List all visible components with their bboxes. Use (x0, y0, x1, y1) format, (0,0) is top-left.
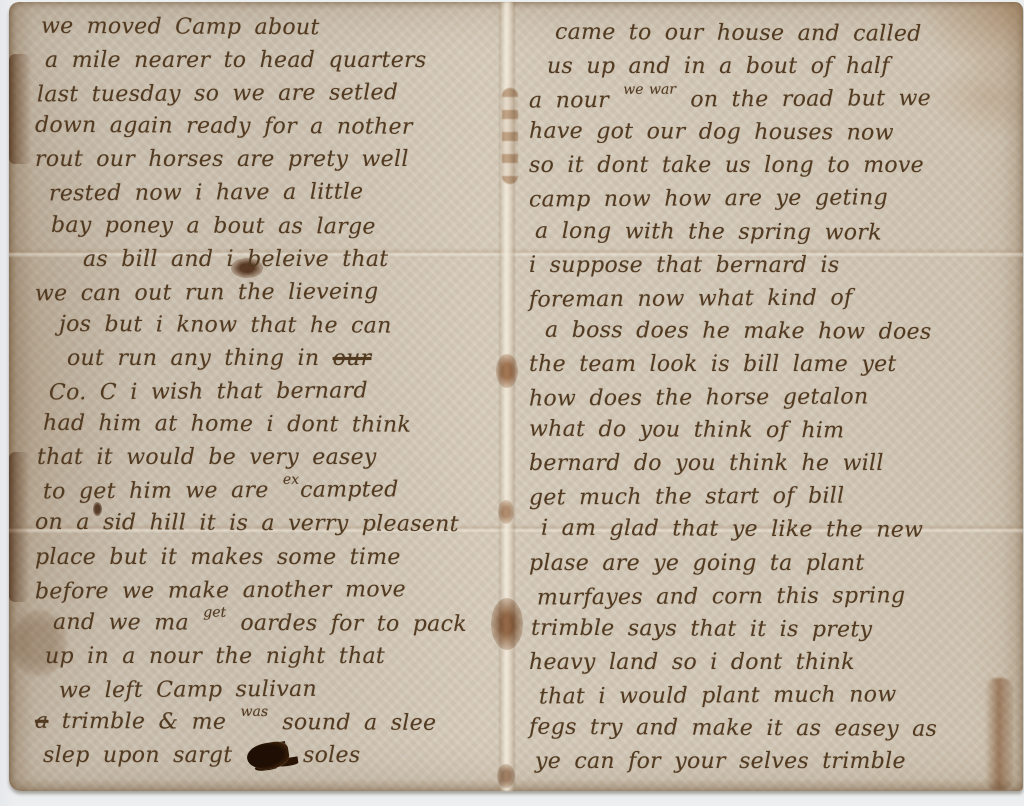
handwritten-line: murfayes and corn this spring (537, 582, 1021, 618)
struck-word: a (35, 709, 49, 734)
page-left: we moved Camp abouta mile nearer to head… (35, 2, 501, 791)
handwritten-line: i am glad that ye like the new (541, 516, 1021, 552)
text-segment: to get him we are (43, 478, 282, 504)
handwritten-line: jos but i know that he can (59, 312, 501, 347)
center-fold-crease (499, 2, 515, 791)
text-segment: and we ma (53, 610, 202, 636)
text-segment: jos but i know that he can (59, 312, 392, 339)
text-segment: as bill and i beleive that (83, 247, 388, 272)
handwritten-line: i suppose that bernard is (529, 253, 1021, 286)
text-segment: a long with the spring work (535, 218, 882, 245)
text-segment: what do you think of him (529, 417, 844, 444)
text-segment: fegs try and make it as easey as (529, 715, 937, 742)
handwritten-line: fegs try and make it as easey as (529, 715, 1021, 751)
text-segment: down again ready for a nother (35, 113, 413, 140)
text-segment: a mile nearer to head quarters (45, 48, 426, 73)
stain (9, 54, 31, 164)
text-segment: murfayes and corn this spring (537, 583, 906, 610)
handwritten-line: a mile nearer to head quarters (45, 48, 501, 81)
inserted-word: we war (623, 82, 676, 98)
text-segment: campted (300, 478, 399, 504)
text-segment: slep upon sargt (43, 743, 246, 768)
ink-blot (245, 740, 291, 772)
handwritten-line: how does the horse getalon (529, 384, 1021, 420)
text-segment: i am glad that ye like the new (541, 516, 923, 543)
handwritten-line: a nour we war on the road but we (529, 86, 1021, 122)
struck-word: our (333, 346, 372, 371)
text-segment: have got our dog houses now (529, 119, 894, 146)
text-segment: a boss does he make how does (545, 318, 932, 345)
handwritten-line: a trimble & me was sound a slee (35, 709, 501, 745)
page-right-lines: came to our house and calledus up and in… (529, 2, 1021, 782)
handwritten-line: came to our house and called (555, 20, 1021, 56)
handwritten-line: rested now i have a little (49, 179, 501, 215)
text-segment: so it dont take us long to move (529, 153, 924, 178)
text-segment: a nour (529, 88, 622, 114)
handwritten-line: we can out run the lieveing (35, 278, 501, 314)
text-segment: on the road but we (677, 86, 931, 113)
handwritten-line: have got our dog houses now (529, 119, 1021, 155)
handwritten-line: had him at home i dont think (43, 411, 501, 446)
handwritten-line: foreman now what kind of (529, 284, 1021, 320)
scan-background: we moved Camp abouta mile nearer to head… (0, 0, 1024, 806)
text-segment: that i would plant much now (539, 682, 897, 709)
text-segment: bernard do you think he will (529, 451, 884, 476)
text-segment: last tuesday so we are setled (37, 80, 398, 107)
text-segment: we moved Camp about (41, 14, 320, 40)
text-segment: ye can for your selves trimble (535, 749, 906, 774)
text-segment: camp now how are ye geting (529, 186, 888, 213)
handwritten-line: so it dont take us long to move (529, 153, 1021, 186)
handwritten-line: up in a nour the night that (45, 644, 501, 677)
text-segment: we can out run the lieveing (35, 279, 379, 306)
handwritten-line: slep upon sargt soles (43, 743, 501, 776)
handwritten-line: us up and in a bout of half (547, 54, 1021, 87)
handwritten-line: trimble says that it is prety (531, 615, 1021, 651)
handwritten-line: plase are ye going ta plant (529, 551, 1021, 584)
handwritten-line: a boss does he make how does (545, 318, 1021, 354)
text-segment: us up and in a bout of half (547, 54, 890, 79)
text-segment: rout our horses are prety well (35, 147, 409, 172)
text-segment: trimble & me (48, 709, 239, 735)
text-segment: up in a nour the night that (45, 644, 385, 669)
handwritten-line: ye can for your selves trimble (535, 749, 1021, 782)
text-segment: had him at home i dont think (43, 411, 411, 438)
text-segment: before we make another move (35, 577, 406, 604)
text-segment: place but it makes some time (35, 545, 401, 570)
text-segment: oardes for to pack (227, 610, 467, 636)
letter-sheet: we moved Camp abouta mile nearer to head… (9, 2, 1023, 791)
text-segment: on a sid hill it is a verry pleasent (35, 510, 459, 537)
page-right: came to our house and calledus up and in… (529, 2, 1021, 791)
text-segment: Co. C i wish that bernard (49, 378, 368, 405)
text-segment: plase are ye going ta plant (529, 551, 865, 576)
text-segment: sound a slee (269, 710, 436, 736)
handwritten-line: before we make another move (35, 576, 501, 612)
handwritten-line: bernard do you think he will (529, 451, 1021, 484)
text-segment: i suppose that bernard is (529, 253, 840, 278)
handwritten-line: to get him we are excampted (43, 477, 501, 513)
handwritten-line: Co. C i wish that bernard (49, 378, 501, 414)
handwritten-line: place but it makes some time (35, 545, 501, 578)
text-segment: we left Camp sulivan (59, 677, 317, 704)
text-segment: bay poney a bout as large (51, 212, 376, 239)
inserted-word: ex (283, 472, 299, 488)
text-segment: that it would be very easey (37, 445, 377, 470)
text-segment: soles (290, 743, 361, 768)
text-segment: foreman now what kind of (529, 285, 853, 312)
handwritten-line: and we ma get oardes for to pack (53, 610, 501, 645)
text-segment: the team look is bill lame yet (529, 352, 897, 377)
handwritten-line: last tuesday so we are setled (37, 80, 501, 116)
text-segment: came to our house and called (555, 20, 922, 47)
handwritten-line: we left Camp sulivan (59, 676, 501, 712)
text-segment: rested now i have a little (49, 180, 364, 207)
handwritten-line: on a sid hill it is a verry pleasent (35, 510, 501, 546)
handwritten-line: a long with the spring work (535, 218, 1021, 254)
handwritten-line: get much the start of bill (529, 483, 1021, 519)
handwritten-line: that i would plant much now (539, 681, 1021, 717)
inserted-word: get (203, 604, 226, 620)
page-left-lines: we moved Camp abouta mile nearer to head… (35, 2, 501, 776)
handwritten-line: out run any thing in our (67, 346, 501, 379)
inserted-word: was (240, 704, 268, 720)
text-segment: out run any thing in (67, 346, 333, 371)
text-segment: get much the start of bill (529, 484, 845, 511)
handwritten-line: down again ready for a nother (35, 113, 501, 149)
text-segment: trimble says that it is prety (531, 615, 872, 642)
handwritten-line: as bill and i beleive that (83, 247, 501, 280)
text-segment: heavy land so i dont think (529, 650, 855, 675)
handwritten-line: bay poney a bout as large (51, 212, 501, 247)
handwritten-line: rout our horses are prety well (35, 147, 501, 180)
handwritten-line: camp now how are ye geting (529, 185, 1021, 221)
handwritten-line: the team look is bill lame yet (529, 352, 1021, 385)
text-segment: how does the horse getalon (529, 384, 869, 411)
handwritten-line: we moved Camp about (41, 14, 501, 50)
handwritten-line: that it would be very easey (37, 445, 501, 478)
handwritten-line: what do you think of him (529, 417, 1021, 453)
handwritten-line: heavy land so i dont think (529, 650, 1021, 683)
